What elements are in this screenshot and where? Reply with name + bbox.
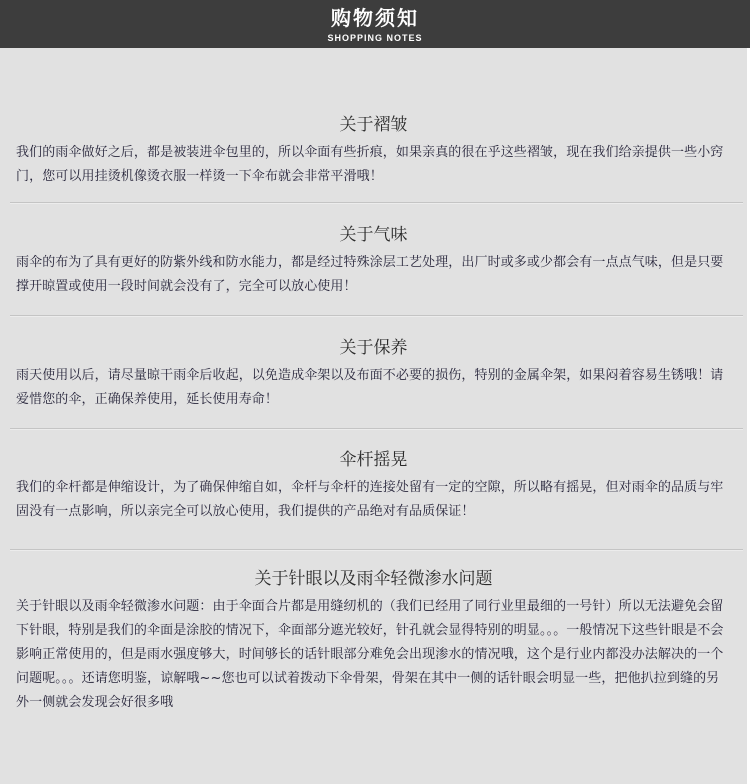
section-maintenance: 关于保养 雨天使用以后，请尽量晾干雨伞后收起，以免造成伞架以及布面不必要的损伤，…	[0, 337, 747, 412]
notes-panel: 关于褶皱 我们的雨伞做好之后，都是被装进伞包里的，所以伞面有些折痕，如果亲真的很…	[0, 48, 747, 784]
section-title: 关于针眼以及雨伞轻微渗水问题	[0, 568, 747, 590]
section-title: 关于气味	[0, 224, 747, 246]
page-header: 购物须知 SHOPPING NOTES	[0, 0, 750, 48]
section-shaft-wobble: 伞杆摇晃 我们的伞杆都是伸缩设计，为了确保伸缩自如，伞杆与伞杆的连接处留有一定的…	[0, 449, 747, 524]
section-title: 关于褶皱	[0, 114, 747, 136]
section-title: 关于保养	[0, 337, 747, 359]
header-subtitle: SHOPPING NOTES	[0, 32, 750, 44]
section-odor: 关于气味 雨伞的布为了具有更好的防紫外线和防水能力，都是经过特殊涂层工艺处理，出…	[0, 224, 747, 299]
section-body: 雨伞的布为了具有更好的防紫外线和防水能力，都是经过特殊涂层工艺处理，出厂时或多或…	[16, 251, 732, 299]
section-body: 雨天使用以后，请尽量晾干雨伞后收起，以免造成伞架以及布面不必要的损伤，特别的金属…	[16, 364, 732, 412]
divider	[10, 549, 743, 550]
section-title: 伞杆摇晃	[0, 449, 747, 471]
divider	[10, 428, 743, 429]
section-body: 关于针眼以及雨伞轻微渗水问题：由于伞面合片都是用缝纫机的（我们已经用了同行业里最…	[16, 595, 732, 715]
header-title: 购物须知	[0, 6, 750, 30]
section-wrinkles: 关于褶皱 我们的雨伞做好之后，都是被装进伞包里的，所以伞面有些折痕，如果亲真的很…	[0, 114, 747, 189]
section-body: 我们的雨伞做好之后，都是被装进伞包里的，所以伞面有些折痕，如果亲真的很在乎这些褶…	[16, 141, 732, 189]
divider	[10, 315, 743, 316]
divider	[10, 202, 743, 203]
section-needle-holes: 关于针眼以及雨伞轻微渗水问题 关于针眼以及雨伞轻微渗水问题：由于伞面合片都是用缝…	[0, 568, 747, 715]
section-body: 我们的伞杆都是伸缩设计，为了确保伸缩自如，伞杆与伞杆的连接处留有一定的空隙，所以…	[16, 476, 732, 524]
